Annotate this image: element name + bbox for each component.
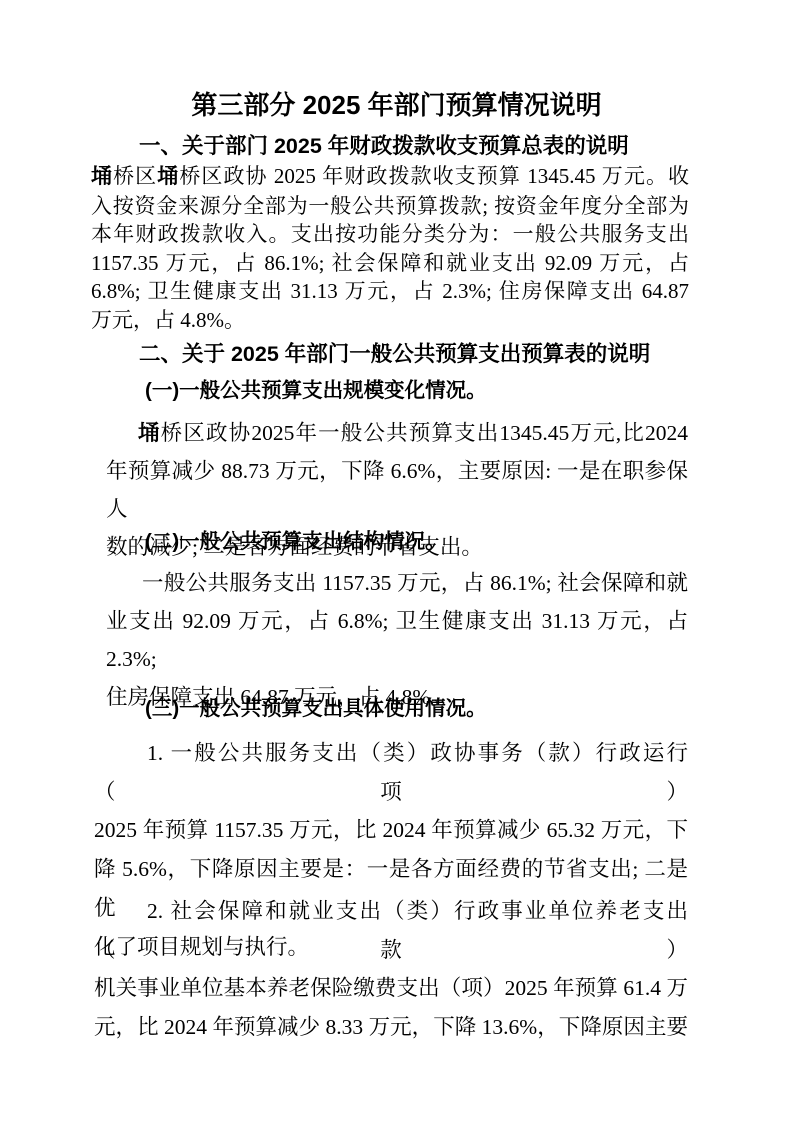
section-1-heading: 一、关于部门 2025 年财政拨款收支预算总表的说明 xyxy=(139,131,629,161)
bold-substituted-char: 埇 xyxy=(138,421,161,445)
document-title: 第三部分 2025 年部门预算情况说明 xyxy=(0,88,793,122)
subsection-1-heading: (一)一般公共预算支出规模变化情况。 xyxy=(145,376,487,406)
text-line: 本年财政拨款收入。支出按功能分类分为：一般公共服务支出 xyxy=(91,220,689,249)
text-line: 业支出 92.09 万元，占 6.8%; 卫生健康支出 31.13 万元，占 2… xyxy=(106,602,688,678)
text-line: 埇桥区埇桥区政协 2025 年财政拨款收支预算 1345.45 万元。收 xyxy=(91,162,689,192)
text-line: 埇桥区政协2025年一般公共预算支出1345.45万元,比2024 xyxy=(106,414,688,452)
text-segment: 桥区 xyxy=(113,164,157,188)
subsection-3-heading: (三)一般公共预算支出具体使用情况。 xyxy=(145,694,487,724)
section-2-heading: 二、关于 2025 年部门一般公共预算支出预算表的说明 xyxy=(139,339,650,369)
text-line: 机关事业单位基本养老保险缴费支出（项）2025 年预算 61.4 万 xyxy=(94,969,688,1008)
text-line: 万元，占 4.8%。 xyxy=(91,306,689,335)
document-page: 第三部分 2025 年部门预算情况说明 一、关于部门 2025 年财政拨款收支预… xyxy=(0,0,793,1122)
text-line: 6.8%; 卫生健康支出 31.13 万元，占 2.3%; 住房保障支出 64.… xyxy=(91,277,689,306)
text-line: 元，比 2024 年预算减少 8.33 万元，下降 13.6%，下降原因主要 xyxy=(94,1008,688,1047)
text-line: 一般公共服务支出 1157.35 万元，占 86.1%; 社会保障和就 xyxy=(106,564,688,602)
text-line: 年预算减少 88.73 万元，下降 6.6%，主要原因: 一是在职参保人 xyxy=(106,452,688,528)
subsection-3-item-2: 2. 社会保障和就业支出（类）行政事业单位养老支出（款） 机关事业单位基本养老保… xyxy=(94,892,688,1047)
text-line: 2. 社会保障和就业支出（类）行政事业单位养老支出（款） xyxy=(94,892,688,969)
text-line: 1157.35 万元，占 86.1%; 社会保障和就业支出 92.09 万元，占 xyxy=(91,249,689,278)
text-segment: 桥区政协2025年一般公共预算支出1345.45万元,比2024 xyxy=(161,421,688,445)
section-1-paragraph: 埇桥区埇桥区政协 2025 年财政拨款收支预算 1345.45 万元。收 入按资… xyxy=(91,162,689,334)
bold-substituted-char: 埇 xyxy=(91,165,113,188)
bold-substituted-char: 埇 xyxy=(157,165,179,188)
subsection-2-heading: (二)一般公共预算支出结构情况。 xyxy=(145,527,446,557)
text-line: 1. 一般公共服务支出（类）政协事务（款）行政运行（项） xyxy=(94,734,688,811)
text-segment: 桥区政协 2025 年财政拨款收支预算 1345.45 万元。收 xyxy=(179,164,689,188)
text-line: 入按资金来源分全部为一般公共预算拨款; 按资金年度分全部为 xyxy=(91,192,689,221)
text-line: 2025 年预算 1157.35 万元，比 2024 年预算减少 65.32 万… xyxy=(94,811,688,850)
